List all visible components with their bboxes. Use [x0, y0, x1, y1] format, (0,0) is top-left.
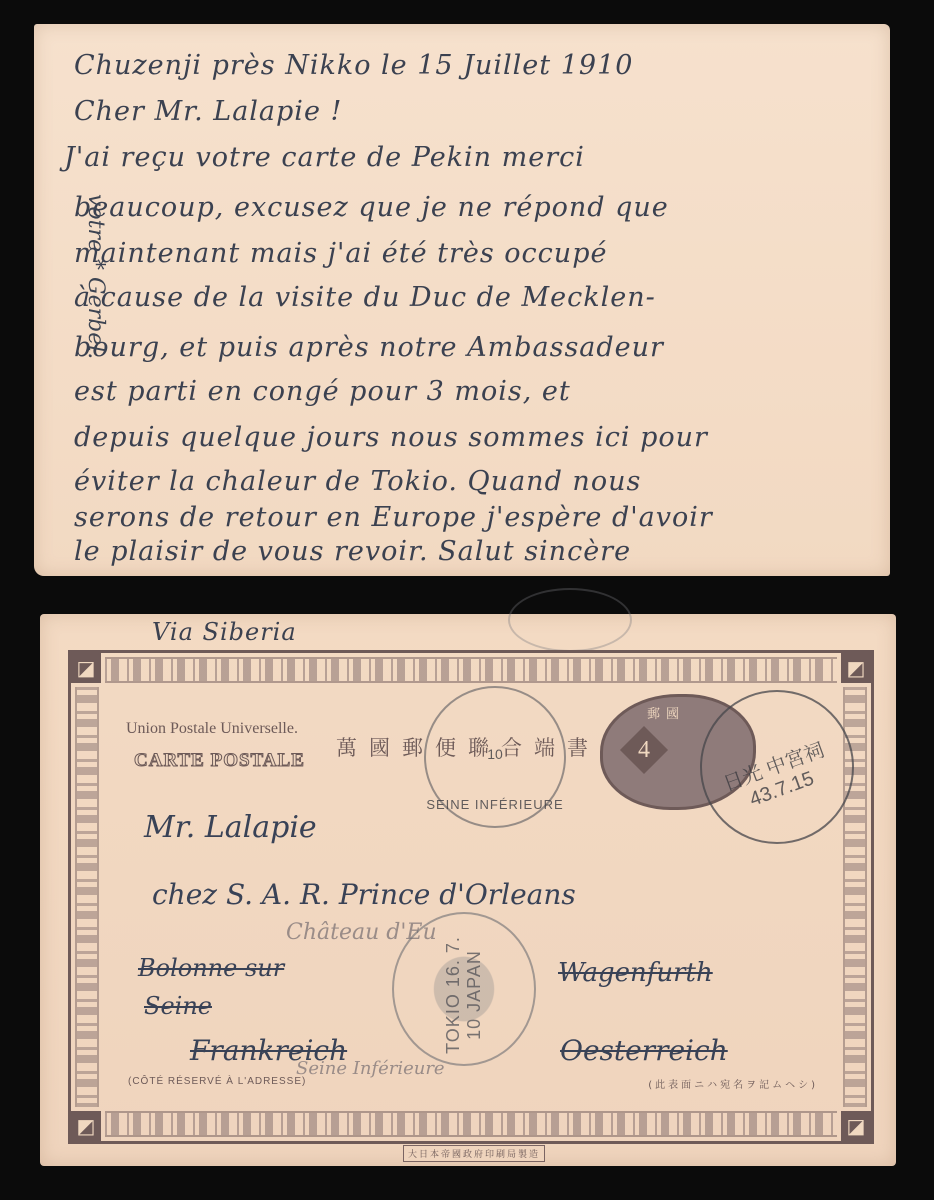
message-line: Cher Mr. Lalapie !	[74, 96, 342, 127]
printer-imprint: 大日本帝國政府印刷局製造	[403, 1145, 545, 1162]
struck-address-line: Wagenfurth	[558, 958, 713, 988]
message-line: éviter la chaleur de Tokio. Quand nous	[74, 466, 641, 497]
struck-address-line: Bolonne sur	[138, 954, 284, 982]
origin-postmark: 日光 中宮祠 43.7.15	[700, 690, 854, 844]
corner-ornament-icon: ◩	[71, 1111, 101, 1141]
message-line: maintenant mais j'ai été très occupé	[74, 238, 607, 269]
corner-ornament-icon: ◪	[71, 653, 101, 683]
message-line: le plaisir de vous revoir. Salut sincère	[74, 536, 631, 567]
corner-ornament-icon: ◪	[841, 1111, 871, 1141]
addressee-name: Mr. Lalapie	[144, 810, 317, 845]
pencil-region: Seine Inférieure	[296, 1058, 445, 1079]
japanese-address-note: (此表面ニハ宛名ヲ記ムヘシ)	[648, 1076, 818, 1091]
postcard-address-side: Via Siberia ◪ ◩ ◩ ◪ 大日本帝國政府印刷局製造 Union P…	[40, 614, 896, 1166]
struck-address-line: Seine	[144, 992, 212, 1020]
postcard-message-side: Chuzenji près Nikko le 15 Juillet 1910 C…	[34, 24, 890, 576]
message-line: est parti en congé pour 3 mois, et	[74, 376, 571, 407]
stamp-value: 4	[620, 726, 668, 774]
postmark-text: SEINE INFÉRIEURE	[426, 797, 564, 812]
postmark-date: 10	[426, 746, 564, 762]
country-right: Oesterreich	[560, 1034, 728, 1067]
message-line: Chuzenji près Nikko le 15 Juillet 1910	[74, 50, 633, 81]
tokio-postmark: TOKIO 16. 7. 10 JAPAN	[392, 912, 536, 1066]
message-line: à cause de la visite du Duc de Mecklen-	[74, 282, 656, 313]
carte-postale-label: CARTE POSTALE	[134, 750, 305, 772]
address-line: chez S. A. R. Prince d'Orleans	[152, 878, 576, 911]
corner-ornament-icon: ◩	[841, 653, 871, 683]
border-band-bottom	[105, 1111, 837, 1137]
address-side-label: (CÔTÉ RÉSERVÉ À L'ADRESSE)	[128, 1076, 306, 1087]
message-line: bourg, et puis après notre Ambassadeur	[74, 332, 664, 363]
stamp-cjk-text: 郵國	[647, 703, 685, 722]
postmark-text: 日光 中宮祠 43.7.15	[698, 726, 857, 826]
postmark-text: TOKIO 16. 7. 10 JAPAN	[443, 925, 485, 1065]
message-line: beaucoup, excusez que je ne répond que	[74, 192, 669, 223]
upu-label: Union Postale Universelle.	[126, 720, 298, 738]
route-note: Via Siberia	[152, 618, 297, 646]
message-line: J'ai reçu votre carte de Pekin merci	[64, 142, 585, 173]
border-band-left	[75, 687, 99, 1107]
message-line: serons de retour en Europe j'espère d'av…	[74, 502, 713, 533]
margin-signature: votre * Gerbel.	[83, 194, 108, 359]
seine-postmark: 10 SEINE INFÉRIEURE	[424, 686, 566, 828]
faint-postmark	[508, 588, 632, 652]
message-line: depuis quelque jours nous sommes ici pou…	[74, 422, 708, 453]
border-band-top	[105, 657, 837, 683]
